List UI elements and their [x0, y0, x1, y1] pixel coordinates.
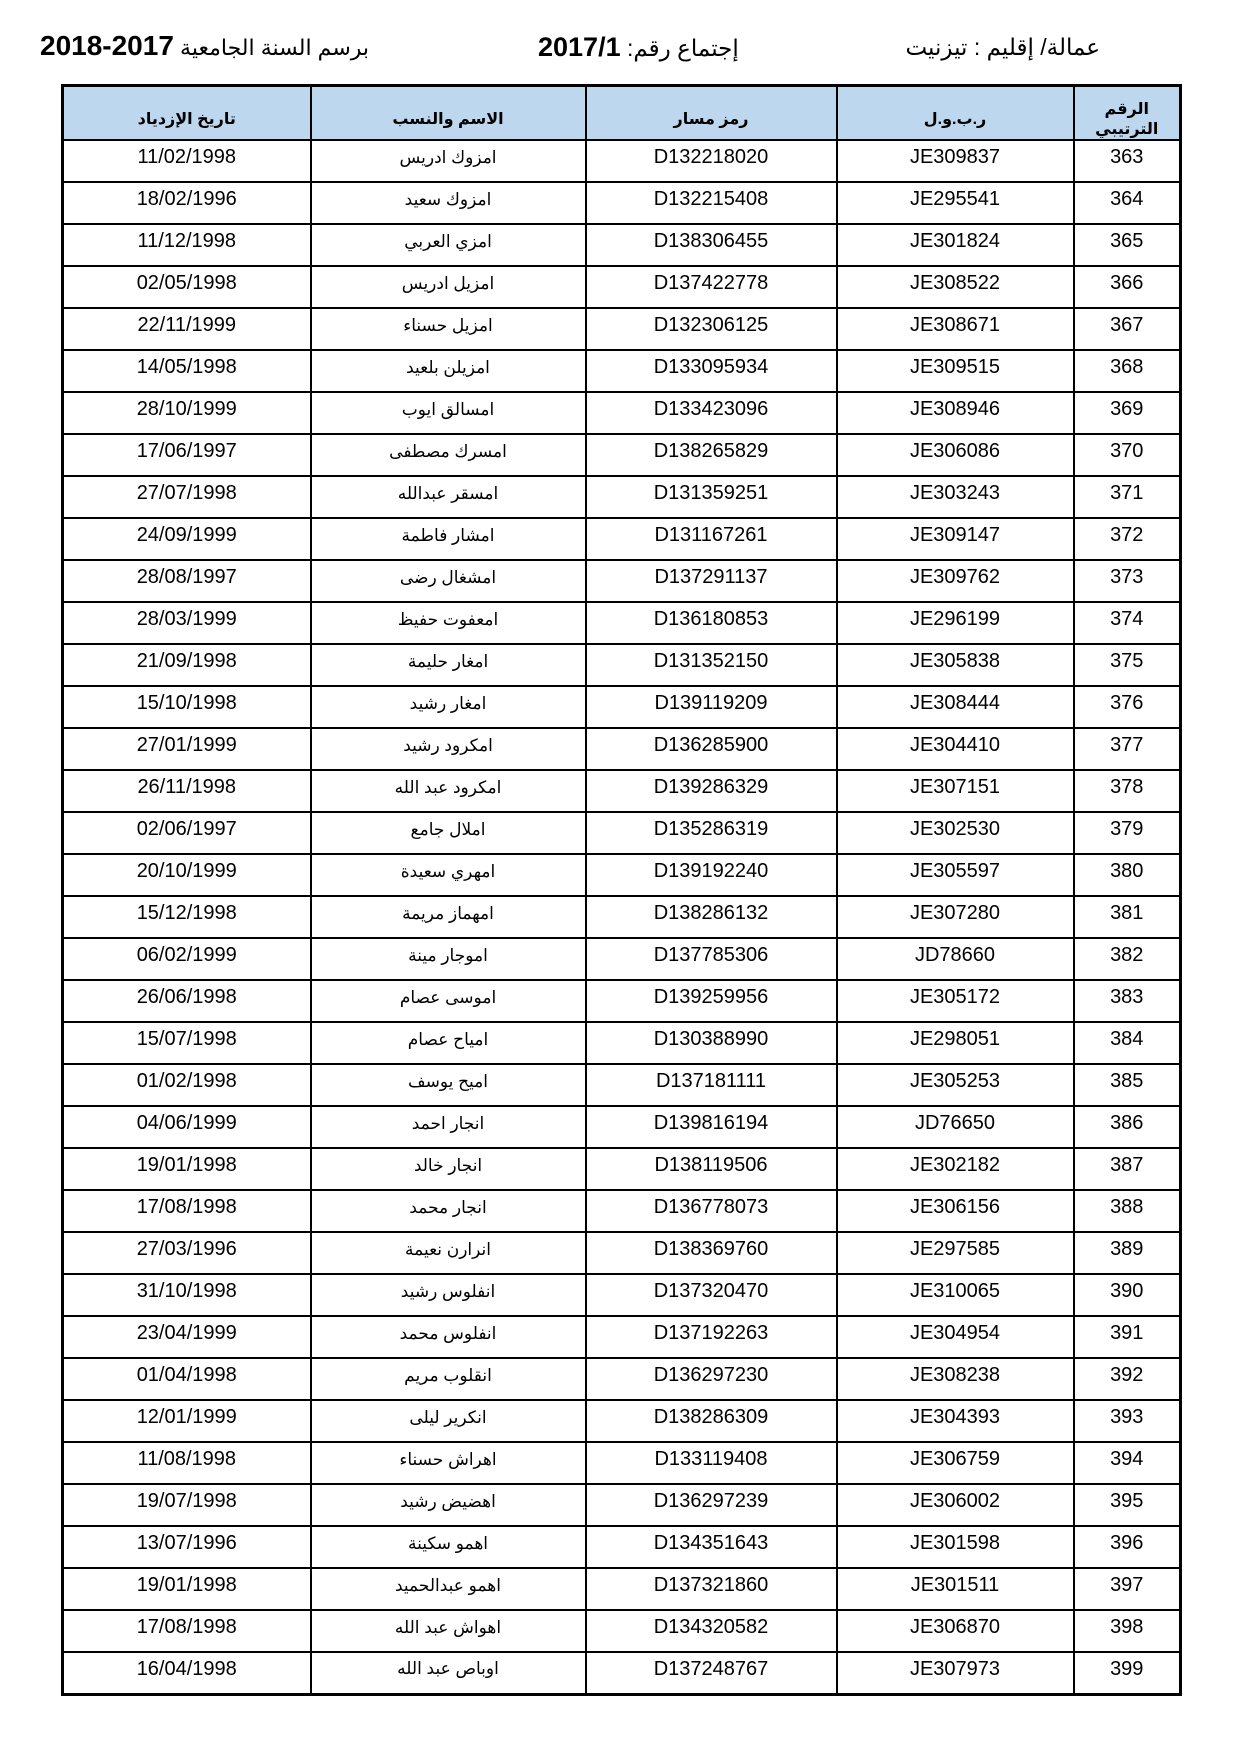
serial-number-cell: 385 — [1074, 1064, 1181, 1106]
massar-code-cell: D137248767 — [586, 1652, 837, 1694]
rbwl-id-cell: JE302530 — [837, 812, 1074, 854]
massar-code-cell: D131359251 — [586, 476, 837, 518]
table-row: 398 JE306870 D134320582 اهواش عبد الله 1… — [63, 1610, 1181, 1652]
student-name-cell: اموسى عصام — [311, 980, 586, 1022]
serial-number-cell: 377 — [1074, 728, 1181, 770]
student-name-cell: انكرير ليلى — [311, 1400, 586, 1442]
table-row: 394 JE306759 D133119408 اهراش حسناء 11/0… — [63, 1442, 1181, 1484]
birth-date-cell: 28/10/1999 — [63, 392, 311, 434]
birth-date-cell: 22/11/1999 — [63, 308, 311, 350]
rbwl-id-cell: JE304410 — [837, 728, 1074, 770]
student-name-cell: انجار محمد — [311, 1190, 586, 1232]
table-row: 371 JE303243 D131359251 امسقر عبدالله 27… — [63, 476, 1181, 518]
massar-code-cell: D139286329 — [586, 770, 837, 812]
massar-code-cell: D133119408 — [586, 1442, 837, 1484]
table-row: 370 JE306086 D138265829 امسرك مصطفى 17/0… — [63, 434, 1181, 476]
rbwl-id-cell: JE306086 — [837, 434, 1074, 476]
rbwl-id-cell: JE296199 — [837, 602, 1074, 644]
serial-number-cell: 367 — [1074, 308, 1181, 350]
student-name-cell: امشغال رضى — [311, 560, 586, 602]
student-name-cell: امكرود رشيد — [311, 728, 586, 770]
serial-number-cell: 373 — [1074, 560, 1181, 602]
birth-date-cell: 15/12/1998 — [63, 896, 311, 938]
birth-date-cell: 28/08/1997 — [63, 560, 311, 602]
massar-code-cell: D138119506 — [586, 1148, 837, 1190]
birth-date-cell: 02/05/1998 — [63, 266, 311, 308]
rbwl-id-cell: JE307151 — [837, 770, 1074, 812]
rbwl-id-cell: JE310065 — [837, 1274, 1074, 1316]
massar-code-cell: D134351643 — [586, 1526, 837, 1568]
massar-code-cell: D136297230 — [586, 1358, 837, 1400]
massar-code-cell: D139119209 — [586, 686, 837, 728]
table-row: 399 JE307973 D137248767 اوباص عبد الله 1… — [63, 1652, 1181, 1694]
student-name-cell: امكرود عبد الله — [311, 770, 586, 812]
rbwl-id-cell: JE298051 — [837, 1022, 1074, 1064]
massar-code-cell: D133423096 — [586, 392, 837, 434]
student-name-cell: اوباص عبد الله — [311, 1652, 586, 1694]
table-row: 387 JE302182 D138119506 انجار خالد 19/01… — [63, 1148, 1181, 1190]
massar-code-cell: D139816194 — [586, 1106, 837, 1148]
table-row: 382 JD78660 D137785306 اموجار مينة 06/02… — [63, 938, 1181, 980]
massar-code-cell: D137422778 — [586, 266, 837, 308]
student-name-cell: اموجار مينة — [311, 938, 586, 980]
table-row: 396 JE301598 D134351643 اهمو سكينة 13/07… — [63, 1526, 1181, 1568]
massar-code-cell: D135286319 — [586, 812, 837, 854]
student-name-cell: اهمو سكينة — [311, 1526, 586, 1568]
column-header-code: رمز مسار — [586, 86, 837, 141]
student-name-cell: امياح عصام — [311, 1022, 586, 1064]
rbwl-id-cell: JE304393 — [837, 1400, 1074, 1442]
table-row: 376 JE308444 D139119209 امغار رشيد 15/10… — [63, 686, 1181, 728]
massar-code-cell: D134320582 — [586, 1610, 837, 1652]
table-row: 377 JE304410 D136285900 امكرود رشيد 27/0… — [63, 728, 1181, 770]
rbwl-id-cell: JE309762 — [837, 560, 1074, 602]
rbwl-id-cell: JE308671 — [837, 308, 1074, 350]
rbwl-id-cell: JD76650 — [837, 1106, 1074, 1148]
massar-code-cell: D138286309 — [586, 1400, 837, 1442]
rbwl-id-cell: JE302182 — [837, 1148, 1074, 1190]
rbwl-id-cell: JE305838 — [837, 644, 1074, 686]
student-name-cell: امشار فاطمة — [311, 518, 586, 560]
table-row: 365 JE301824 D138306455 امزي العربي 11/1… — [63, 224, 1181, 266]
student-name-cell: اهراش حسناء — [311, 1442, 586, 1484]
rbwl-id-cell: JE301511 — [837, 1568, 1074, 1610]
serial-number-cell: 399 — [1074, 1652, 1181, 1694]
birth-date-cell: 28/03/1999 — [63, 602, 311, 644]
massar-code-cell: D138306455 — [586, 224, 837, 266]
massar-code-cell: D138265829 — [586, 434, 837, 476]
serial-number-cell: 370 — [1074, 434, 1181, 476]
birth-date-cell: 11/02/1998 — [63, 140, 311, 182]
birth-date-cell: 27/07/1998 — [63, 476, 311, 518]
massar-code-cell: D130388990 — [586, 1022, 837, 1064]
table-row: 367 JE308671 D132306125 امزيل حسناء 22/1… — [63, 308, 1181, 350]
serial-number-cell: 397 — [1074, 1568, 1181, 1610]
rbwl-id-cell: JE304954 — [837, 1316, 1074, 1358]
birth-date-cell: 13/07/1996 — [63, 1526, 311, 1568]
table-row: 391 JE304954 D137192263 انفلوس محمد 23/0… — [63, 1316, 1181, 1358]
student-name-cell: امزيل ادريس — [311, 266, 586, 308]
student-name-cell: انجار احمد — [311, 1106, 586, 1148]
serial-number-cell: 390 — [1074, 1274, 1181, 1316]
table-row: 373 JE309762 D137291137 امشغال رضى 28/08… — [63, 560, 1181, 602]
serial-number-cell: 382 — [1074, 938, 1181, 980]
rbwl-id-cell: JE301598 — [837, 1526, 1074, 1568]
table-row: 378 JE307151 D139286329 امكرود عبد الله … — [63, 770, 1181, 812]
serial-number-cell: 365 — [1074, 224, 1181, 266]
serial-number-cell: 376 — [1074, 686, 1181, 728]
table-row: 369 JE308946 D133423096 امسالق ايوب 28/1… — [63, 392, 1181, 434]
table-row: 385 JE305253 D137181111 اميح يوسف 01/02/… — [63, 1064, 1181, 1106]
table-row: 389 JE297585 D138369760 انرارن نعيمة 27/… — [63, 1232, 1181, 1274]
serial-number-cell: 398 — [1074, 1610, 1181, 1652]
table-row: 379 JE302530 D135286319 املال جامع 02/06… — [63, 812, 1181, 854]
academic-year-title: برسم السنة الجامعية 2018-2017 — [40, 30, 369, 62]
serial-number-cell: 380 — [1074, 854, 1181, 896]
birth-date-cell: 12/01/1999 — [63, 1400, 311, 1442]
birth-date-cell: 24/09/1999 — [63, 518, 311, 560]
table-row: 375 JE305838 D131352150 امغار حليمة 21/0… — [63, 644, 1181, 686]
birth-date-cell: 19/01/1998 — [63, 1568, 311, 1610]
table-row: 384 JE298051 D130388990 امياح عصام 15/07… — [63, 1022, 1181, 1064]
birth-date-cell: 26/11/1998 — [63, 770, 311, 812]
serial-number-cell: 368 — [1074, 350, 1181, 392]
massar-code-cell: D138286132 — [586, 896, 837, 938]
column-header-date: تاريخ الإزدياد — [63, 86, 311, 141]
table-row: 368 JE309515 D133095934 امزيلن بلعيد 14/… — [63, 350, 1181, 392]
student-roster-table: الرقم الترتيبي ر.ب.و.ل رمز مسار الاسم وا… — [61, 84, 1182, 1696]
student-name-cell: املال جامع — [311, 812, 586, 854]
birth-date-cell: 11/08/1998 — [63, 1442, 311, 1484]
table-row: 383 JE305172 D139259956 اموسى عصام 26/06… — [63, 980, 1181, 1022]
academic-year-value: 2018-2017 — [40, 30, 174, 61]
student-name-cell: انفلوس رشيد — [311, 1274, 586, 1316]
meeting-number: 2017/1 — [538, 32, 621, 62]
birth-date-cell: 27/01/1999 — [63, 728, 311, 770]
massar-code-cell: D132218020 — [586, 140, 837, 182]
student-name-cell: امغار رشيد — [311, 686, 586, 728]
column-header-rbwl: ر.ب.و.ل — [837, 86, 1074, 141]
birth-date-cell: 18/02/1996 — [63, 182, 311, 224]
serial-number-cell: 363 — [1074, 140, 1181, 182]
meeting-title: إجتماع رقم: 2017/1 — [538, 32, 739, 63]
birth-date-cell: 21/09/1998 — [63, 644, 311, 686]
birth-date-cell: 17/06/1997 — [63, 434, 311, 476]
serial-number-cell: 395 — [1074, 1484, 1181, 1526]
serial-number-cell: 366 — [1074, 266, 1181, 308]
table-row: 363 JE309837 D132218020 امزوك ادريس 11/0… — [63, 140, 1181, 182]
student-name-cell: اهواش عبد الله — [311, 1610, 586, 1652]
rbwl-id-cell: JE301824 — [837, 224, 1074, 266]
birth-date-cell: 14/05/1998 — [63, 350, 311, 392]
table-row: 374 JE296199 D136180853 امعفوت حفيظ 28/0… — [63, 602, 1181, 644]
meeting-label: إجتماع رقم: — [627, 35, 739, 61]
province-title: عمالة/ إقليم : تيزنيت — [905, 34, 1100, 61]
birth-date-cell: 20/10/1999 — [63, 854, 311, 896]
rbwl-id-cell: JE306870 — [837, 1610, 1074, 1652]
student-name-cell: امزيلن بلعيد — [311, 350, 586, 392]
student-name-cell: امهري سعيدة — [311, 854, 586, 896]
rbwl-id-cell: JE306002 — [837, 1484, 1074, 1526]
rbwl-id-cell: JE308238 — [837, 1358, 1074, 1400]
table-row: 366 JE308522 D137422778 امزيل ادريس 02/0… — [63, 266, 1181, 308]
birth-date-cell: 19/01/1998 — [63, 1148, 311, 1190]
student-name-cell: انفلوس محمد — [311, 1316, 586, 1358]
rbwl-id-cell: JE297585 — [837, 1232, 1074, 1274]
student-name-cell: امزيل حسناء — [311, 308, 586, 350]
rbwl-id-cell: JE309837 — [837, 140, 1074, 182]
student-name-cell: امعفوت حفيظ — [311, 602, 586, 644]
rbwl-id-cell: JE295541 — [837, 182, 1074, 224]
table-row: 381 JE307280 D138286132 امهماز مريمة 15/… — [63, 896, 1181, 938]
birth-date-cell: 04/06/1999 — [63, 1106, 311, 1148]
table-row: 364 JE295541 D132215408 امزوك سعيد 18/02… — [63, 182, 1181, 224]
rbwl-id-cell: JE308946 — [837, 392, 1074, 434]
column-header-name: الاسم والنسب — [311, 86, 586, 141]
birth-date-cell: 01/02/1998 — [63, 1064, 311, 1106]
student-name-cell: انرارن نعيمة — [311, 1232, 586, 1274]
serial-number-cell: 372 — [1074, 518, 1181, 560]
serial-number-cell: 384 — [1074, 1022, 1181, 1064]
birth-date-cell: 16/04/1998 — [63, 1652, 311, 1694]
table-header-row: الرقم الترتيبي ر.ب.و.ل رمز مسار الاسم وا… — [63, 86, 1181, 141]
student-name-cell: امزوك سعيد — [311, 182, 586, 224]
massar-code-cell: D137181111 — [586, 1064, 837, 1106]
birth-date-cell: 23/04/1999 — [63, 1316, 311, 1358]
massar-code-cell: D131167261 — [586, 518, 837, 560]
rbwl-id-cell: JD78660 — [837, 938, 1074, 980]
serial-number-cell: 392 — [1074, 1358, 1181, 1400]
birth-date-cell: 06/02/1999 — [63, 938, 311, 980]
student-name-cell: امسرك مصطفى — [311, 434, 586, 476]
birth-date-cell: 15/07/1998 — [63, 1022, 311, 1064]
table-row: 397 JE301511 D137321860 اهمو عبدالحميد 1… — [63, 1568, 1181, 1610]
massar-code-cell: D136778073 — [586, 1190, 837, 1232]
rbwl-id-cell: JE305253 — [837, 1064, 1074, 1106]
massar-code-cell: D136180853 — [586, 602, 837, 644]
massar-code-cell: D136285900 — [586, 728, 837, 770]
birth-date-cell: 15/10/1998 — [63, 686, 311, 728]
student-name-cell: اهمو عبدالحميد — [311, 1568, 586, 1610]
birth-date-cell: 17/08/1998 — [63, 1610, 311, 1652]
massar-code-cell: D133095934 — [586, 350, 837, 392]
rbwl-id-cell: JE307280 — [837, 896, 1074, 938]
serial-number-cell: 379 — [1074, 812, 1181, 854]
serial-number-cell: 375 — [1074, 644, 1181, 686]
student-name-cell: امهماز مريمة — [311, 896, 586, 938]
document-page: عمالة/ إقليم : تيزنيت إجتماع رقم: 2017/1… — [0, 0, 1240, 1754]
student-name-cell: امسالق ايوب — [311, 392, 586, 434]
rbwl-id-cell: JE306759 — [837, 1442, 1074, 1484]
birth-date-cell: 01/04/1998 — [63, 1358, 311, 1400]
massar-code-cell: D137192263 — [586, 1316, 837, 1358]
rbwl-id-cell: JE306156 — [837, 1190, 1074, 1232]
table-row: 380 JE305597 D139192240 امهري سعيدة 20/1… — [63, 854, 1181, 896]
rbwl-id-cell: JE308522 — [837, 266, 1074, 308]
serial-number-cell: 387 — [1074, 1148, 1181, 1190]
serial-number-cell: 389 — [1074, 1232, 1181, 1274]
birth-date-cell: 26/06/1998 — [63, 980, 311, 1022]
massar-code-cell: D139259956 — [586, 980, 837, 1022]
serial-number-cell: 378 — [1074, 770, 1181, 812]
table-row: 392 JE308238 D136297230 انقلوب مريم 01/0… — [63, 1358, 1181, 1400]
student-name-cell: انقلوب مريم — [311, 1358, 586, 1400]
academic-year-label: برسم السنة الجامعية — [180, 35, 369, 60]
massar-code-cell: D139192240 — [586, 854, 837, 896]
rbwl-id-cell: JE305172 — [837, 980, 1074, 1022]
rbwl-id-cell: JE309515 — [837, 350, 1074, 392]
serial-number-cell: 394 — [1074, 1442, 1181, 1484]
massar-code-cell: D132306125 — [586, 308, 837, 350]
massar-code-cell: D137785306 — [586, 938, 837, 980]
table-row: 388 JE306156 D136778073 انجار محمد 17/08… — [63, 1190, 1181, 1232]
rbwl-id-cell: JE309147 — [837, 518, 1074, 560]
rbwl-id-cell: JE303243 — [837, 476, 1074, 518]
rbwl-id-cell: JE305597 — [837, 854, 1074, 896]
serial-number-cell: 396 — [1074, 1526, 1181, 1568]
student-name-cell: امزوك ادريس — [311, 140, 586, 182]
serial-number-cell: 386 — [1074, 1106, 1181, 1148]
massar-code-cell: D132215408 — [586, 182, 837, 224]
massar-code-cell: D131352150 — [586, 644, 837, 686]
column-header-serial: الرقم الترتيبي — [1074, 86, 1181, 141]
table-body: 363 JE309837 D132218020 امزوك ادريس 11/0… — [63, 140, 1181, 1694]
serial-number-cell: 371 — [1074, 476, 1181, 518]
massar-code-cell: D137321860 — [586, 1568, 837, 1610]
serial-number-cell: 393 — [1074, 1400, 1181, 1442]
birth-date-cell: 02/06/1997 — [63, 812, 311, 854]
massar-code-cell: D137291137 — [586, 560, 837, 602]
serial-number-cell: 388 — [1074, 1190, 1181, 1232]
student-name-cell: امغار حليمة — [311, 644, 586, 686]
massar-code-cell: D138369760 — [586, 1232, 837, 1274]
student-name-cell: اهضيض رشيد — [311, 1484, 586, 1526]
table-row: 386 JD76650 D139816194 انجار احمد 04/06/… — [63, 1106, 1181, 1148]
serial-number-cell: 383 — [1074, 980, 1181, 1022]
student-name-cell: انجار خالد — [311, 1148, 586, 1190]
rbwl-id-cell: JE308444 — [837, 686, 1074, 728]
student-name-cell: امزي العربي — [311, 224, 586, 266]
birth-date-cell: 17/08/1998 — [63, 1190, 311, 1232]
table-row: 372 JE309147 D131167261 امشار فاطمة 24/0… — [63, 518, 1181, 560]
province-label: عمالة/ إقليم : تيزنيت — [905, 34, 1100, 60]
table-row: 390 JE310065 D137320470 انفلوس رشيد 31/1… — [63, 1274, 1181, 1316]
birth-date-cell: 27/03/1996 — [63, 1232, 311, 1274]
serial-number-cell: 381 — [1074, 896, 1181, 938]
serial-number-cell: 374 — [1074, 602, 1181, 644]
birth-date-cell: 31/10/1998 — [63, 1274, 311, 1316]
serial-number-cell: 391 — [1074, 1316, 1181, 1358]
birth-date-cell: 19/07/1998 — [63, 1484, 311, 1526]
serial-number-cell: 364 — [1074, 182, 1181, 224]
table-row: 395 JE306002 D136297239 اهضيض رشيد 19/07… — [63, 1484, 1181, 1526]
massar-code-cell: D136297239 — [586, 1484, 837, 1526]
birth-date-cell: 11/12/1998 — [63, 224, 311, 266]
massar-code-cell: D137320470 — [586, 1274, 837, 1316]
student-name-cell: اميح يوسف — [311, 1064, 586, 1106]
student-name-cell: امسقر عبدالله — [311, 476, 586, 518]
serial-number-cell: 369 — [1074, 392, 1181, 434]
table-row: 393 JE304393 D138286309 انكرير ليلى 12/0… — [63, 1400, 1181, 1442]
rbwl-id-cell: JE307973 — [837, 1652, 1074, 1694]
